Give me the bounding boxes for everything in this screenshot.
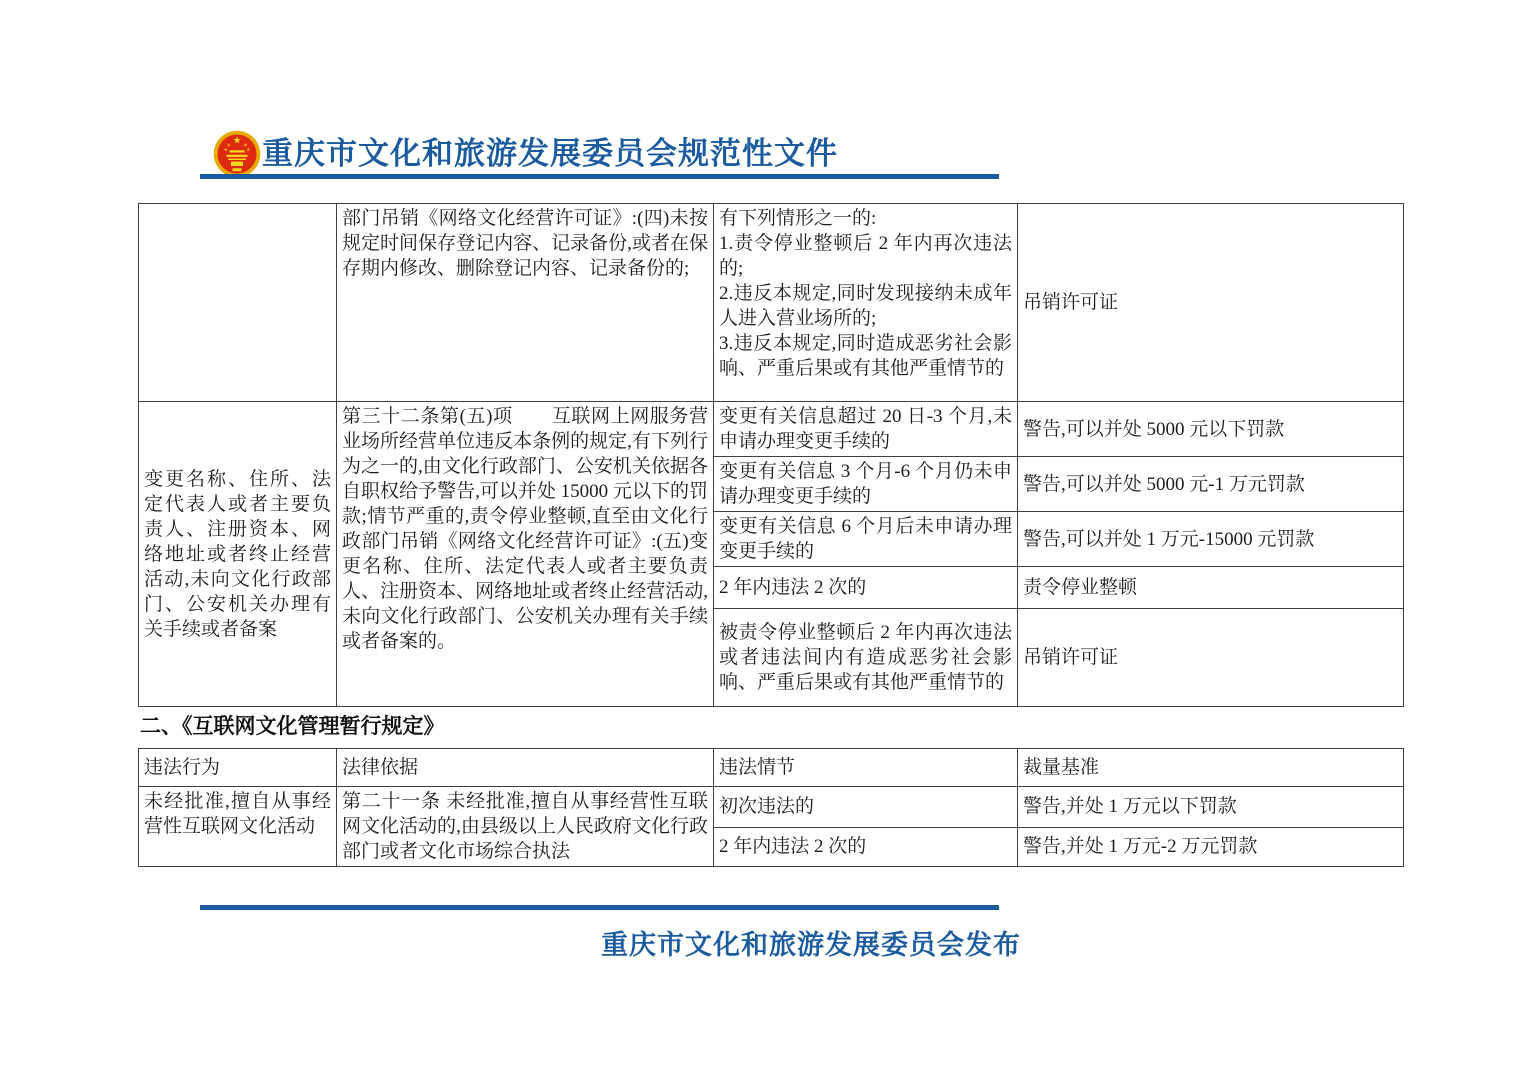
cell-penalty: 吊销许可证 <box>1018 204 1404 402</box>
cell-penalty: 警告,可以并处 5000 元以下罚款 <box>1018 402 1404 457</box>
cell-circumstance: 变更有关信息超过 20 日-3 个月,未申请办理变更手续的 <box>714 402 1018 457</box>
cell-circumstance: 被责令停业整顿后 2 年内再次违法或者违法间内有造成恶劣社会影响、严重后果或有其… <box>714 609 1018 707</box>
cell-penalty: 警告,可以并处 1 万元-15000 元罚款 <box>1018 512 1404 567</box>
cell-violation: 变更名称、住所、法定代表人或者主要负责人、注册资本、网络地址或者终止经营活动,未… <box>139 402 337 707</box>
cell-penalty: 警告,并处 1 万元以下罚款 <box>1018 787 1404 828</box>
cell-circumstance: 2 年内违法 2 次的 <box>714 567 1018 609</box>
table-row: 变更名称、住所、法定代表人或者主要负责人、注册资本、网络地址或者终止经营活动,未… <box>139 402 1404 457</box>
svg-text:★: ★ <box>233 136 242 147</box>
table-row: 未经批准,擅自从事经营性互联网文化活动 第二十一条 未经批准,擅自从事经营性互联… <box>139 787 1404 828</box>
cell-legal-basis: 第二十一条 未经批准,擅自从事经营性互联网文化活动的,由县级以上人民政府文化行政… <box>337 787 714 867</box>
cell-violation: 未经批准,擅自从事经营性互联网文化活动 <box>139 787 337 867</box>
document-page: ★ ★ ★ ★ ★ 重庆市文化和旅游发展委员会规范性文件 部门吊销《网络文化经营… <box>0 0 1520 1074</box>
cell-penalty: 警告,可以并处 5000 元-1 万元罚款 <box>1018 457 1404 512</box>
header-divider-rule <box>200 174 999 179</box>
cell-penalty: 吊销许可证 <box>1018 609 1404 707</box>
column-header-legal-basis: 法律依据 <box>337 749 714 787</box>
table-row: 部门吊销《网络文化经营许可证》:(四)未按规定时间保存登记内容、记录备份,或者在… <box>139 204 1404 402</box>
column-header-penalty: 裁量基准 <box>1018 749 1404 787</box>
cell-circumstance: 有下列情形之一的: 1.责令停业整顿后 2 年内再次违法的; 2.违反本规定,同… <box>714 204 1018 402</box>
cell-legal-basis: 第三十二条第(五)项 互联网上网服务营业场所经营单位违反本条例的规定,有下列行为… <box>337 402 714 707</box>
column-header-circumstance: 违法情节 <box>714 749 1018 787</box>
cell-circumstance: 2 年内违法 2 次的 <box>714 827 1018 866</box>
cell-violation <box>139 204 337 402</box>
document-header-title: 重庆市文化和旅游发展委员会规范性文件 <box>262 131 838 177</box>
national-emblem-icon: ★ ★ ★ ★ ★ <box>213 130 261 178</box>
cell-penalty: 责令停业整顿 <box>1018 567 1404 609</box>
cell-circumstance: 变更有关信息 3 个月-6 个月仍未申请办理变更手续的 <box>714 457 1018 512</box>
section-2-heading: 二、《互联网文化管理暂行规定》 <box>140 707 445 747</box>
cell-circumstance: 变更有关信息 6 个月后未申请办理变更手续的 <box>714 512 1018 567</box>
table-header-row: 违法行为 法律依据 违法情节 裁量基准 <box>139 749 1404 787</box>
document-footer-publisher: 重庆市文化和旅游发展委员会发布 <box>601 925 1021 965</box>
cell-legal-basis: 部门吊销《网络文化经营许可证》:(四)未按规定时间保存登记内容、记录备份,或者在… <box>337 204 714 402</box>
cell-circumstance: 初次违法的 <box>714 787 1018 828</box>
penalty-table-2: 违法行为 法律依据 违法情节 裁量基准 未经批准,擅自从事经营性互联网文化活动 … <box>138 748 1404 867</box>
cell-penalty: 警告,并处 1 万元-2 万元罚款 <box>1018 827 1404 866</box>
column-header-violation: 违法行为 <box>139 749 337 787</box>
footer-divider-rule <box>200 905 999 910</box>
penalty-table-1: 部门吊销《网络文化经营许可证》:(四)未按规定时间保存登记内容、记录备份,或者在… <box>138 203 1404 707</box>
